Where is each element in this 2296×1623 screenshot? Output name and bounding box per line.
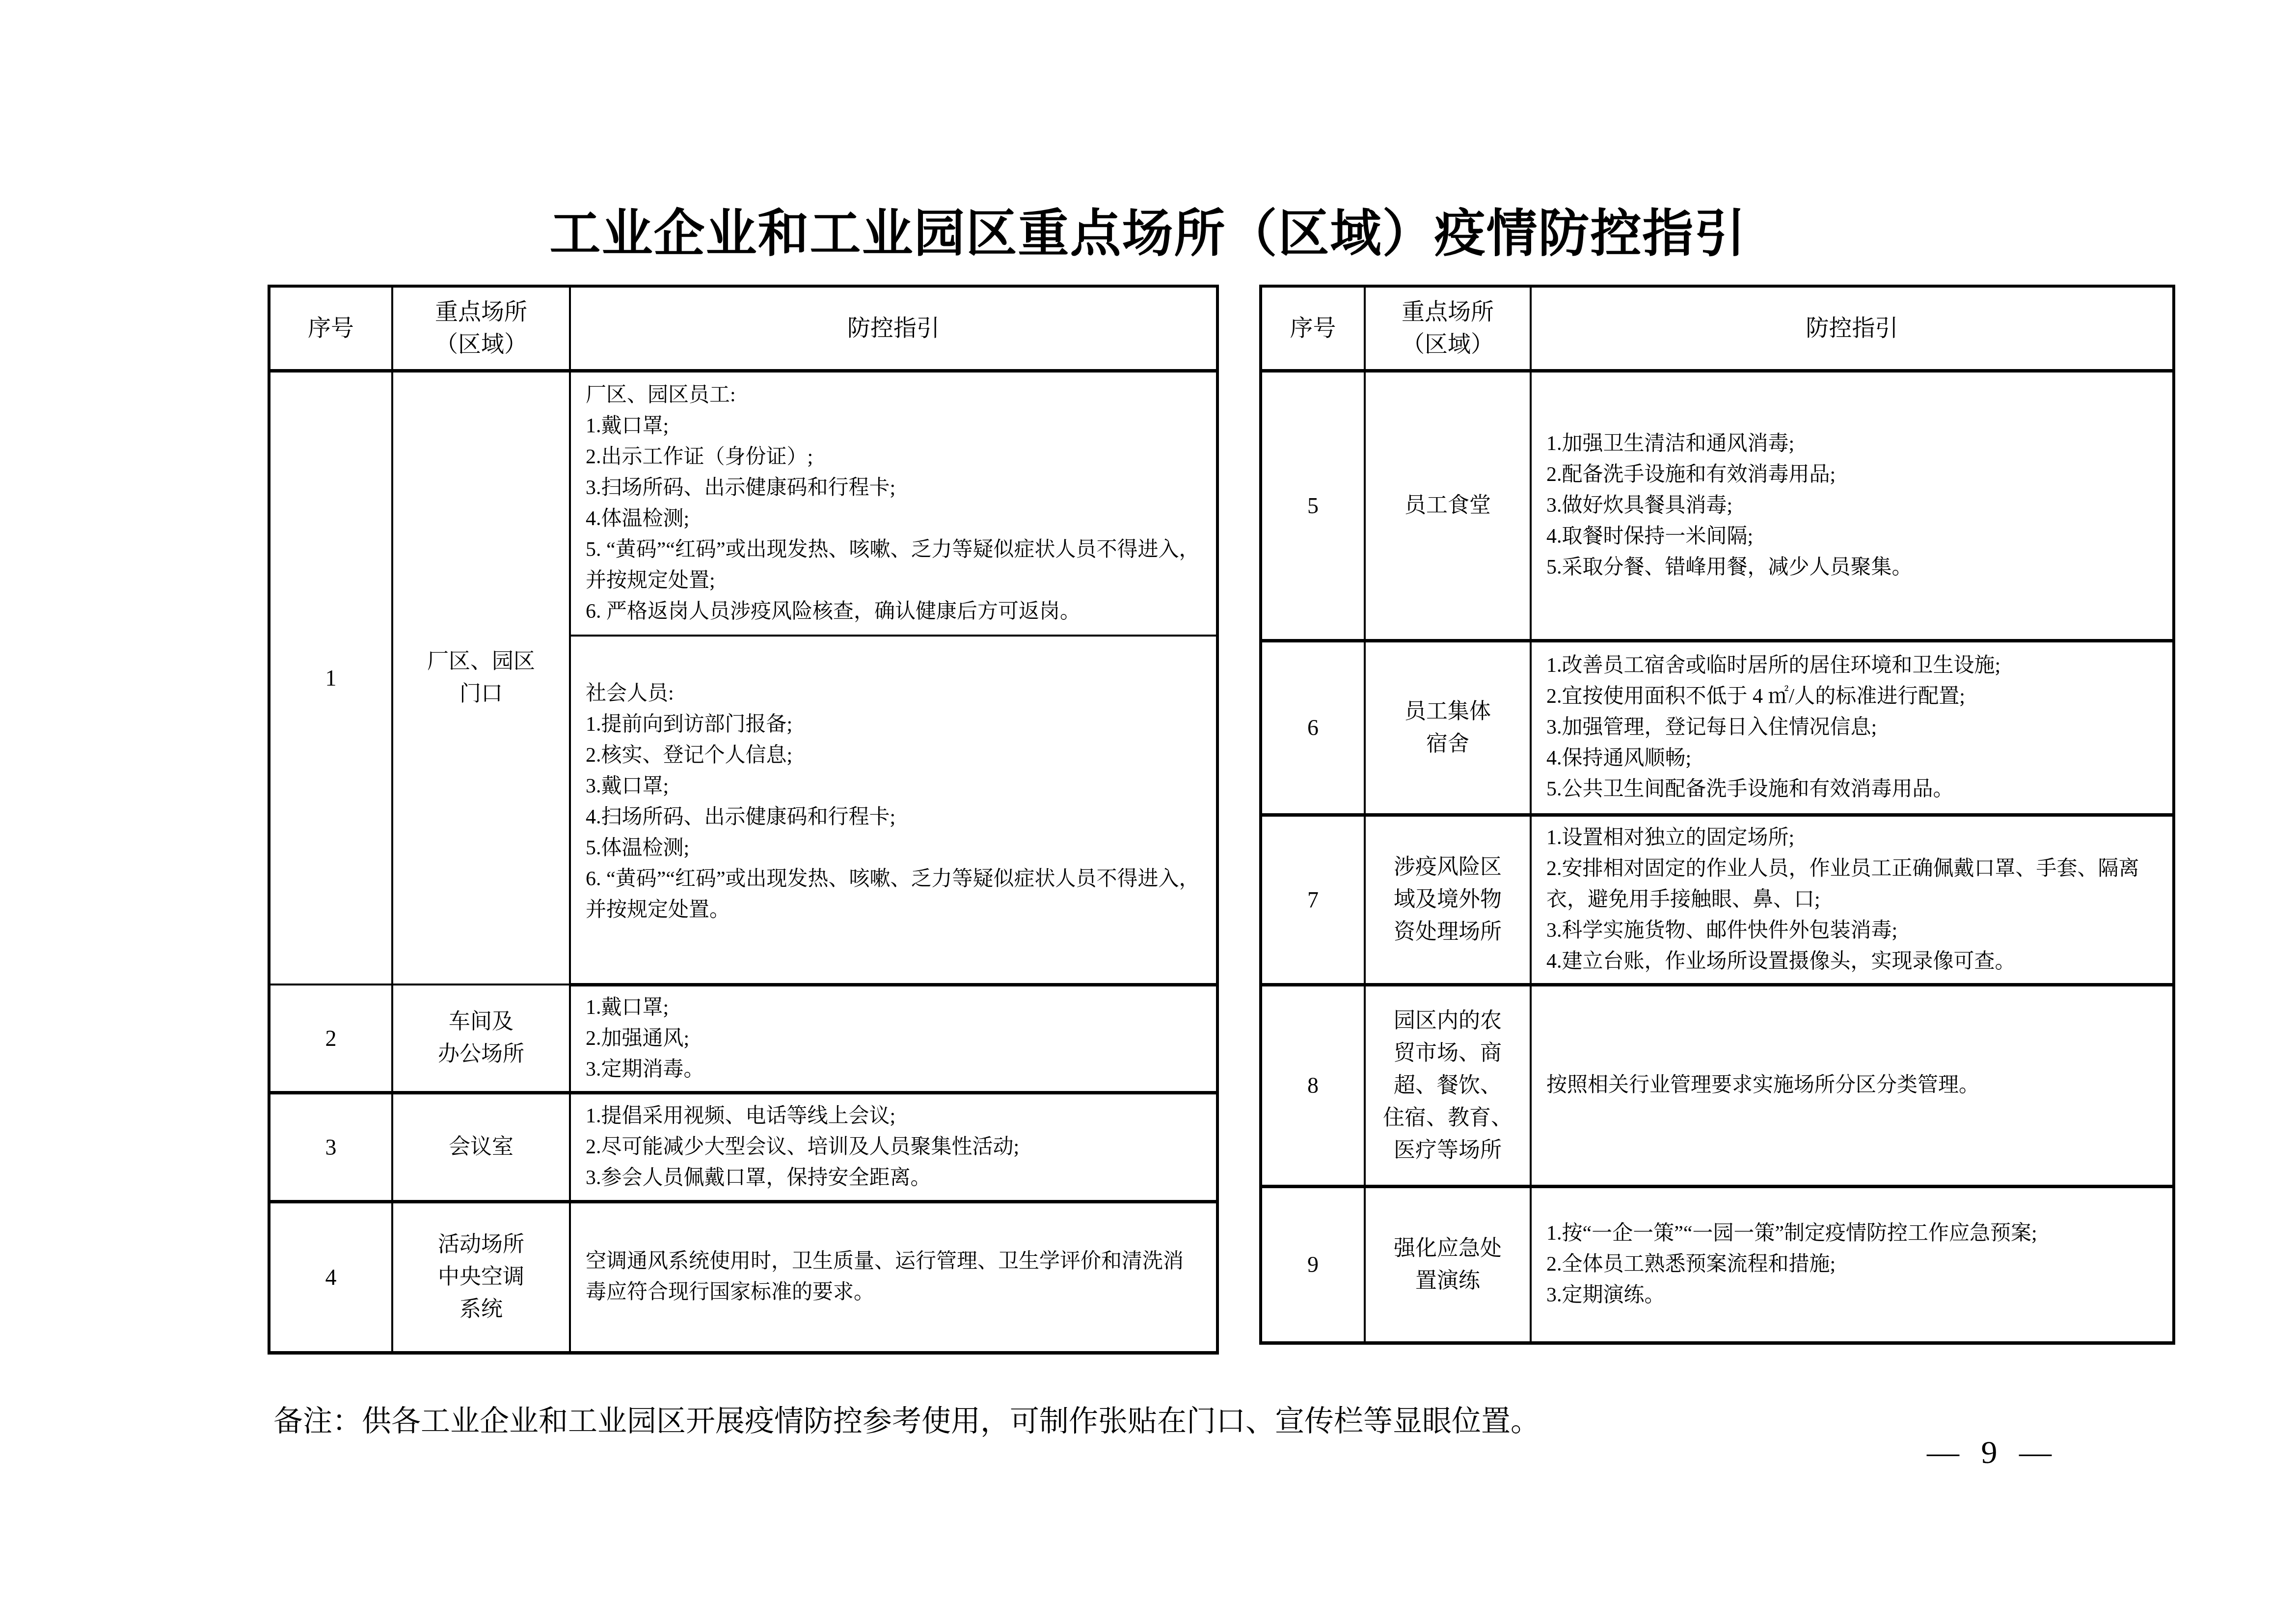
guideline-cell: 社会人员: 1.提前向到访部门报备; 2.核实、登记个人信息; 3.戴口罩; 4…	[570, 636, 1217, 984]
table-header-row: 序号 重点场所 （区域） 防控指引	[269, 286, 1217, 371]
place-cell: 厂区、园区 门口	[392, 371, 570, 984]
header-place: 重点场所 （区域）	[1365, 286, 1531, 371]
row-number-cell: 2	[269, 984, 392, 1092]
table-row: 1 厂区、园区 门口 厂区、园区员工: 1.戴口罩; 2.出示工作证（身份证）;…	[269, 371, 1217, 636]
guideline-cell: 1.设置相对独立的固定场所; 2.安排相对固定的作业人员，作业员工正确佩戴口罩、…	[1531, 815, 2174, 984]
guideline-cell: 1.提倡采用视频、电话等线上会议; 2.尽可能减少大型会议、培训及人员聚集性活动…	[570, 1092, 1217, 1201]
place-cell: 员工食堂	[1365, 371, 1531, 640]
place-cell: 涉疫风险区 域及境外物 资处理场所	[1365, 815, 1531, 984]
guideline-cell: 厂区、园区员工: 1.戴口罩; 2.出示工作证（身份证）; 3.扫场所码、出示健…	[570, 371, 1217, 636]
table-row: 8 园区内的农 贸市场、商 超、餐饮、 住宿、教育、 医疗等场所 按照相关行业管…	[1261, 984, 2174, 1186]
place-cell: 活动场所 中央空调 系统	[392, 1201, 570, 1353]
table-row: 7 涉疫风险区 域及境外物 资处理场所 1.设置相对独立的固定场所; 2.安排相…	[1261, 815, 2174, 984]
guideline-table-left: 序号 重点场所 （区域） 防控指引 1 厂区、园区 门口 厂区、园区员工: 1.…	[268, 285, 1219, 1355]
header-guide: 防控指引	[570, 286, 1217, 371]
row-number-cell: 8	[1261, 984, 1365, 1186]
place-cell: 园区内的农 贸市场、商 超、餐饮、 住宿、教育、 医疗等场所	[1365, 984, 1531, 1186]
place-cell: 车间及 办公场所	[392, 984, 570, 1092]
table-row: 2 车间及 办公场所 1.戴口罩; 2.加强通风; 3.定期消毒。	[269, 984, 1217, 1092]
row-number-cell: 3	[269, 1092, 392, 1201]
document-page: 工业企业和工业园区重点场所（区域）疫情防控指引 序号 重点场所 （区域） 防控指…	[0, 0, 2296, 1623]
table-row: 3 会议室 1.提倡采用视频、电话等线上会议; 2.尽可能减少大型会议、培训及人…	[269, 1092, 1217, 1201]
table-row: 6 员工集体 宿舍 1.改善员工宿舍或临时居所的居住环境和卫生设施; 2.宜按使…	[1261, 640, 2174, 815]
guideline-cell: 空调通风系统使用时，卫生质量、运行管理、卫生学评价和清洗消毒应符合现行国家标准的…	[570, 1201, 1217, 1353]
guideline-cell: 按照相关行业管理要求实施场所分区分类管理。	[1531, 984, 2174, 1186]
header-num: 序号	[269, 286, 392, 371]
row-number-cell: 1	[269, 371, 392, 984]
guideline-cell: 1.加强卫生清洁和通风消毒; 2.配备洗手设施和有效消毒用品; 3.做好炊具餐具…	[1531, 371, 2174, 640]
table-row: 5 员工食堂 1.加强卫生清洁和通风消毒; 2.配备洗手设施和有效消毒用品; 3…	[1261, 371, 2174, 640]
page-title: 工业企业和工业园区重点场所（区域）疫情防控指引	[0, 192, 2296, 266]
header-guide: 防控指引	[1531, 286, 2174, 371]
guideline-table-right: 序号 重点场所 （区域） 防控指引 5 员工食堂 1.加强卫生清洁和通风消毒; …	[1259, 285, 2175, 1345]
table-row: 9 强化应急处 置演练 1.按“一企一策”“一园一策”制定疫情防控工作应急预案;…	[1261, 1186, 2174, 1343]
row-number-cell: 6	[1261, 640, 1365, 815]
guideline-cell: 1.戴口罩; 2.加强通风; 3.定期消毒。	[570, 984, 1217, 1092]
row-number-cell: 9	[1261, 1186, 1365, 1343]
table-header-row: 序号 重点场所 （区域） 防控指引	[1261, 286, 2174, 371]
guideline-cell: 1.按“一企一策”“一园一策”制定疫情防控工作应急预案; 2.全体员工熟悉预案流…	[1531, 1186, 2174, 1343]
place-cell: 会议室	[392, 1092, 570, 1201]
row-number-cell: 5	[1261, 371, 1365, 640]
place-cell: 强化应急处 置演练	[1365, 1186, 1531, 1343]
guideline-cell: 1.改善员工宿舍或临时居所的居住环境和卫生设施; 2.宜按使用面积不低于 4 ㎡…	[1531, 640, 2174, 815]
header-place: 重点场所 （区域）	[392, 286, 570, 371]
page-number: — 9 —	[1927, 1434, 2052, 1471]
header-num: 序号	[1261, 286, 1365, 371]
place-cell: 员工集体 宿舍	[1365, 640, 1531, 815]
table-row: 4 活动场所 中央空调 系统 空调通风系统使用时，卫生质量、运行管理、卫生学评价…	[269, 1201, 1217, 1353]
row-number-cell: 4	[269, 1201, 392, 1353]
footnote: 备注：供各工业企业和工业园区开展疫情防控参考使用，可制作张贴在门口、宣传栏等显眼…	[273, 1402, 1540, 1441]
row-number-cell: 7	[1261, 815, 1365, 984]
